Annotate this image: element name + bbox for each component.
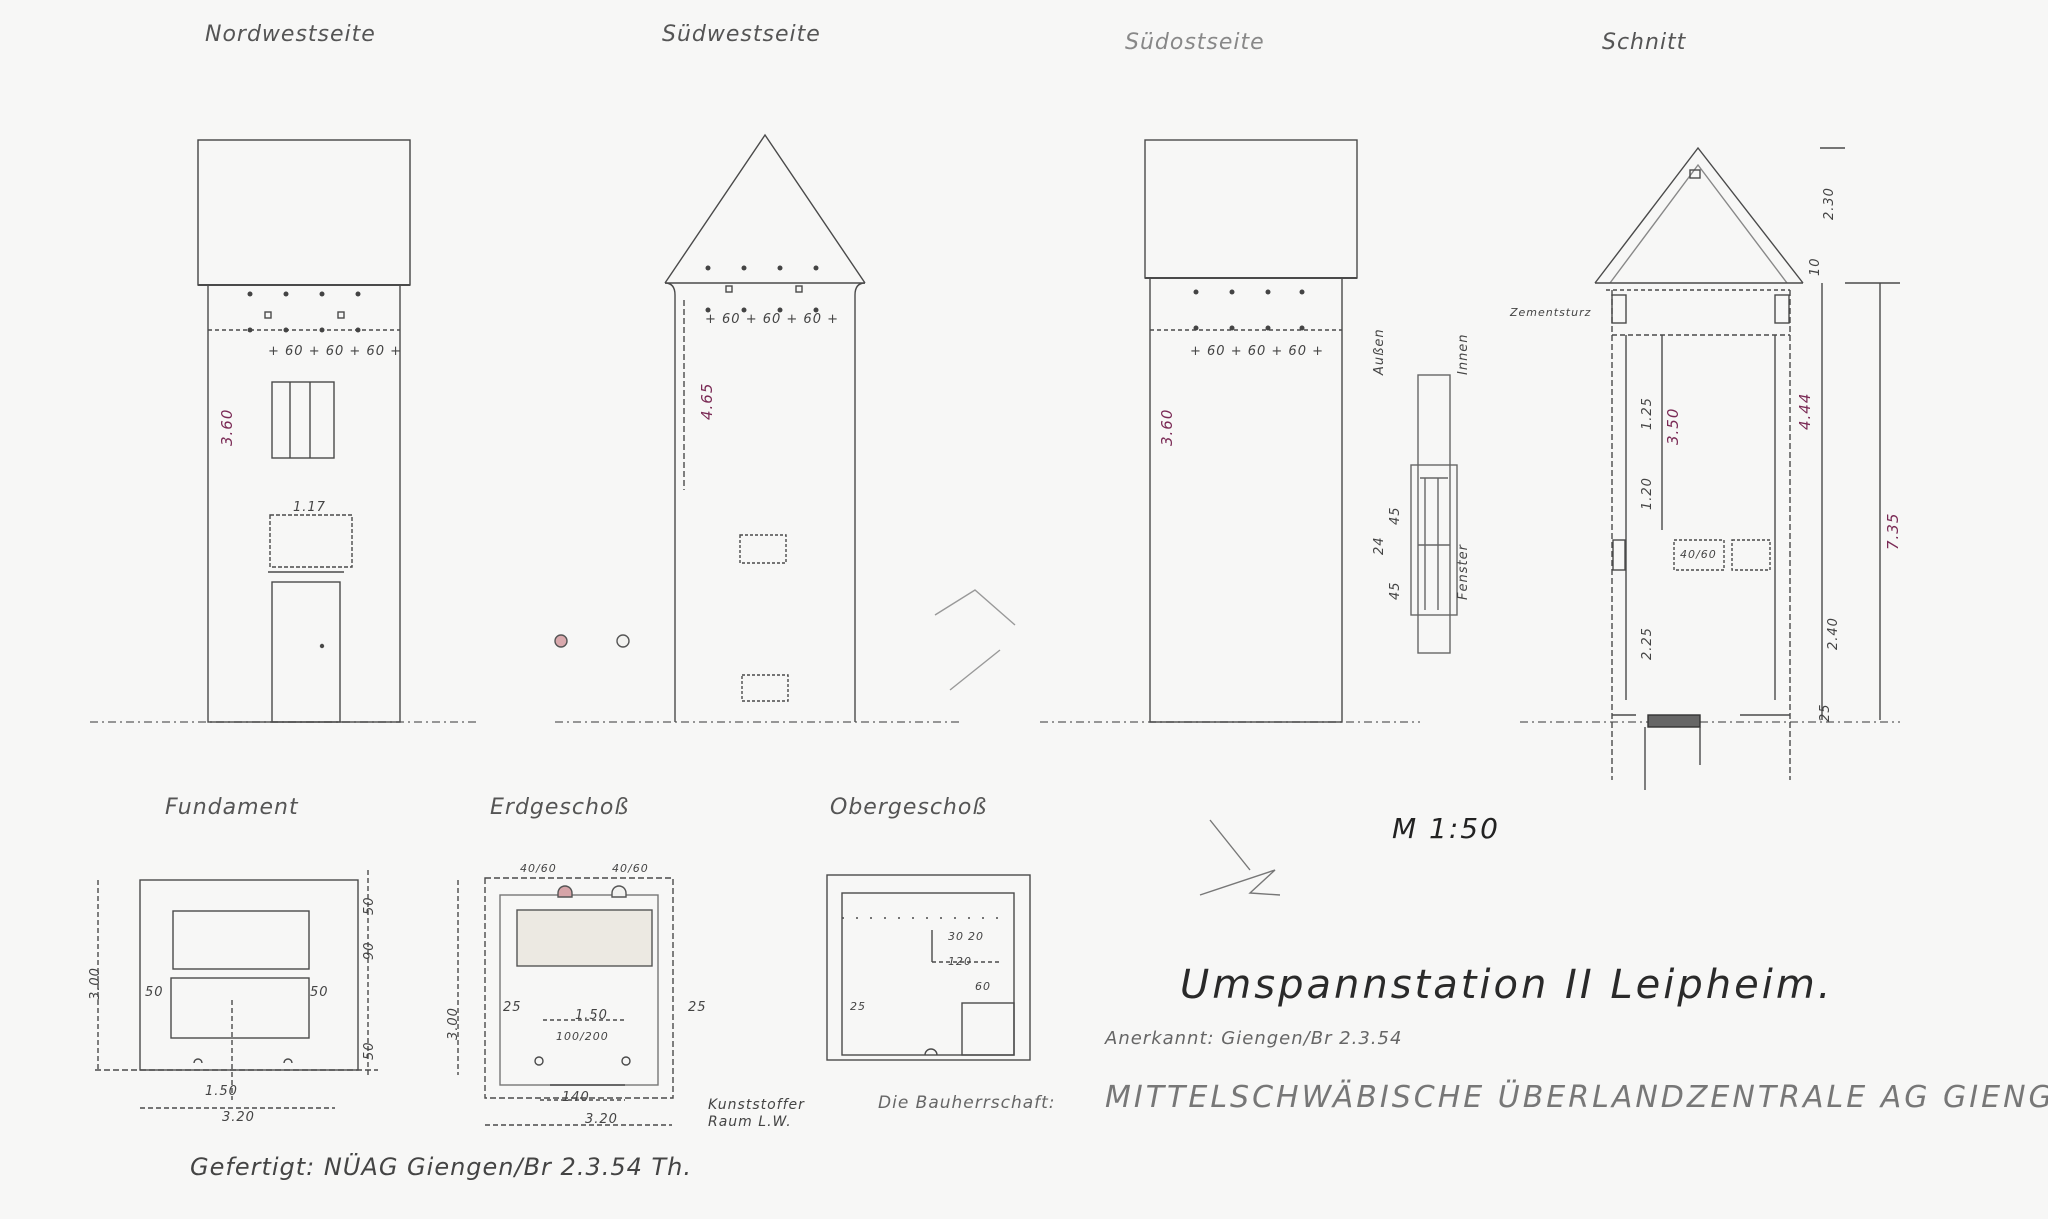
dim-eg-vent-left: 40/60 — [520, 862, 557, 875]
dim-wall-3-50: 3.50 — [1664, 408, 1682, 445]
drawing-linework — [0, 0, 2048, 1219]
elevation-suedostseite — [1145, 140, 1357, 722]
dim-opening-schnitt: 40/60 — [1680, 548, 1717, 561]
window-label-aussen: Außen — [1372, 328, 1387, 375]
dim-fundament-right: 50 — [310, 985, 329, 1000]
made-by-note: Gefertigt: NÜAG Giengen/Br 2.3.54 Th. — [190, 1153, 692, 1181]
north-arrow-icon — [1200, 820, 1280, 895]
dim-door-nordwest: 1.17 — [293, 500, 326, 515]
note-erdgeschoss: Kunststoffer Raum L.W. — [708, 1097, 818, 1131]
plan-erdgeschoss — [458, 878, 673, 1125]
dim-fundament-left: 50 — [145, 985, 164, 1000]
dim-bays-suedost: + 60 + 60 + 60 + — [1190, 344, 1324, 359]
dim-wall-1-25: 1.25 — [1640, 397, 1655, 430]
architectural-drawing-sheet: Nordwestseite Südwestseite Südostseite S… — [0, 0, 2048, 1219]
window-section-detail — [1411, 375, 1457, 653]
dim-eg-depth: 3.00 — [446, 1007, 461, 1040]
elevation-suedwestseite — [665, 135, 865, 722]
dim-height-nordwest: 3.60 — [218, 409, 236, 446]
dim-height-suedwest: 4.65 — [698, 383, 716, 420]
dim-fundament-width: 3.20 — [222, 1110, 255, 1125]
section-title-schnitt: Schnitt — [1602, 30, 1686, 55]
elevation-title-suedwestseite: Südwestseite — [662, 22, 821, 47]
dim-eg-step: 140 — [562, 1090, 590, 1105]
builder-name: MITTELSCHWÄBISCHE ÜBERLANDZENTRALE AG GI… — [1105, 1080, 2048, 1115]
dim-eg-opening: 100/200 — [556, 1030, 609, 1043]
pencil-marks — [935, 590, 1015, 690]
dim-fundament-span: 1.50 — [205, 1084, 238, 1099]
dim-og-a: 30 — [948, 930, 964, 943]
window-dim-45-a: 45 — [1388, 581, 1403, 600]
dim-bays-nordwest: + 60 + 60 + 60 + — [268, 344, 402, 359]
vent-mark-left — [555, 635, 567, 647]
plan-title-fundament: Fundament — [165, 795, 299, 820]
dim-roof-height: 2.30 — [1822, 187, 1837, 220]
dim-eave: 10 — [1808, 257, 1823, 276]
dim-eg-width: 3.20 — [585, 1112, 618, 1127]
window-dim-45-b: 45 — [1388, 506, 1403, 525]
plan-title-erdgeschoss: Erdgeschoß — [490, 795, 629, 820]
window-label-innen: Innen — [1456, 333, 1471, 375]
drawing-title: Umspannstation II Leipheim. — [1180, 962, 1834, 1008]
dim-wall-1-20: 1.20 — [1640, 477, 1655, 510]
dim-lower-2-40: 2.40 — [1826, 617, 1841, 650]
plan-fundament — [95, 870, 378, 1108]
window-dim-24: 24 — [1372, 536, 1387, 555]
dim-height-suedost: 3.60 — [1158, 409, 1176, 446]
dim-og-d: 60 — [975, 980, 991, 993]
dim-fundament-top: 50 — [362, 896, 377, 915]
dim-lower-2-25: 2.25 — [1640, 627, 1655, 660]
dim-og-b: 20 — [968, 930, 984, 943]
dim-og-c: 120 — [948, 955, 972, 968]
dim-height-right: 4.44 — [1796, 393, 1814, 430]
dim-og-wall: 25 — [850, 1000, 866, 1013]
elevation-title-nordwestseite: Nordwestseite — [205, 22, 376, 47]
dim-eg-span: 1.50 — [575, 1008, 608, 1023]
dim-fundament-bottom: 50 — [362, 1041, 377, 1060]
plan-title-obergeschoss: Obergeschoß — [830, 795, 987, 820]
elevation-title-suedostseite: Südostseite — [1125, 30, 1265, 55]
dim-eg-wall-right: 25 — [688, 1000, 707, 1015]
window-label-fenster: Fenster — [1456, 544, 1471, 600]
dim-bays-suedwest: + 60 + 60 + 60 + — [705, 312, 839, 327]
label-zementsturz: Zementsturz — [1510, 306, 1591, 319]
dim-base-25: 25 — [1818, 703, 1833, 722]
section-schnitt — [1595, 148, 1900, 790]
builder-label: Die Bauherrschaft: — [878, 1093, 1056, 1113]
dim-total-height: 7.35 — [1884, 513, 1902, 550]
vent-mark-right — [617, 635, 629, 647]
dim-eg-wall-left: 25 — [503, 1000, 522, 1015]
dim-fundament-depth: 3.00 — [88, 967, 103, 1000]
dim-eg-vent-right: 40/60 — [612, 862, 649, 875]
approval-note: Anerkannt: Giengen/Br 2.3.54 — [1105, 1028, 1402, 1049]
plan-obergeschoss — [827, 875, 1030, 1060]
drawing-scale: M 1:50 — [1392, 812, 1500, 845]
dim-fundament-mid: 90 — [362, 941, 377, 960]
